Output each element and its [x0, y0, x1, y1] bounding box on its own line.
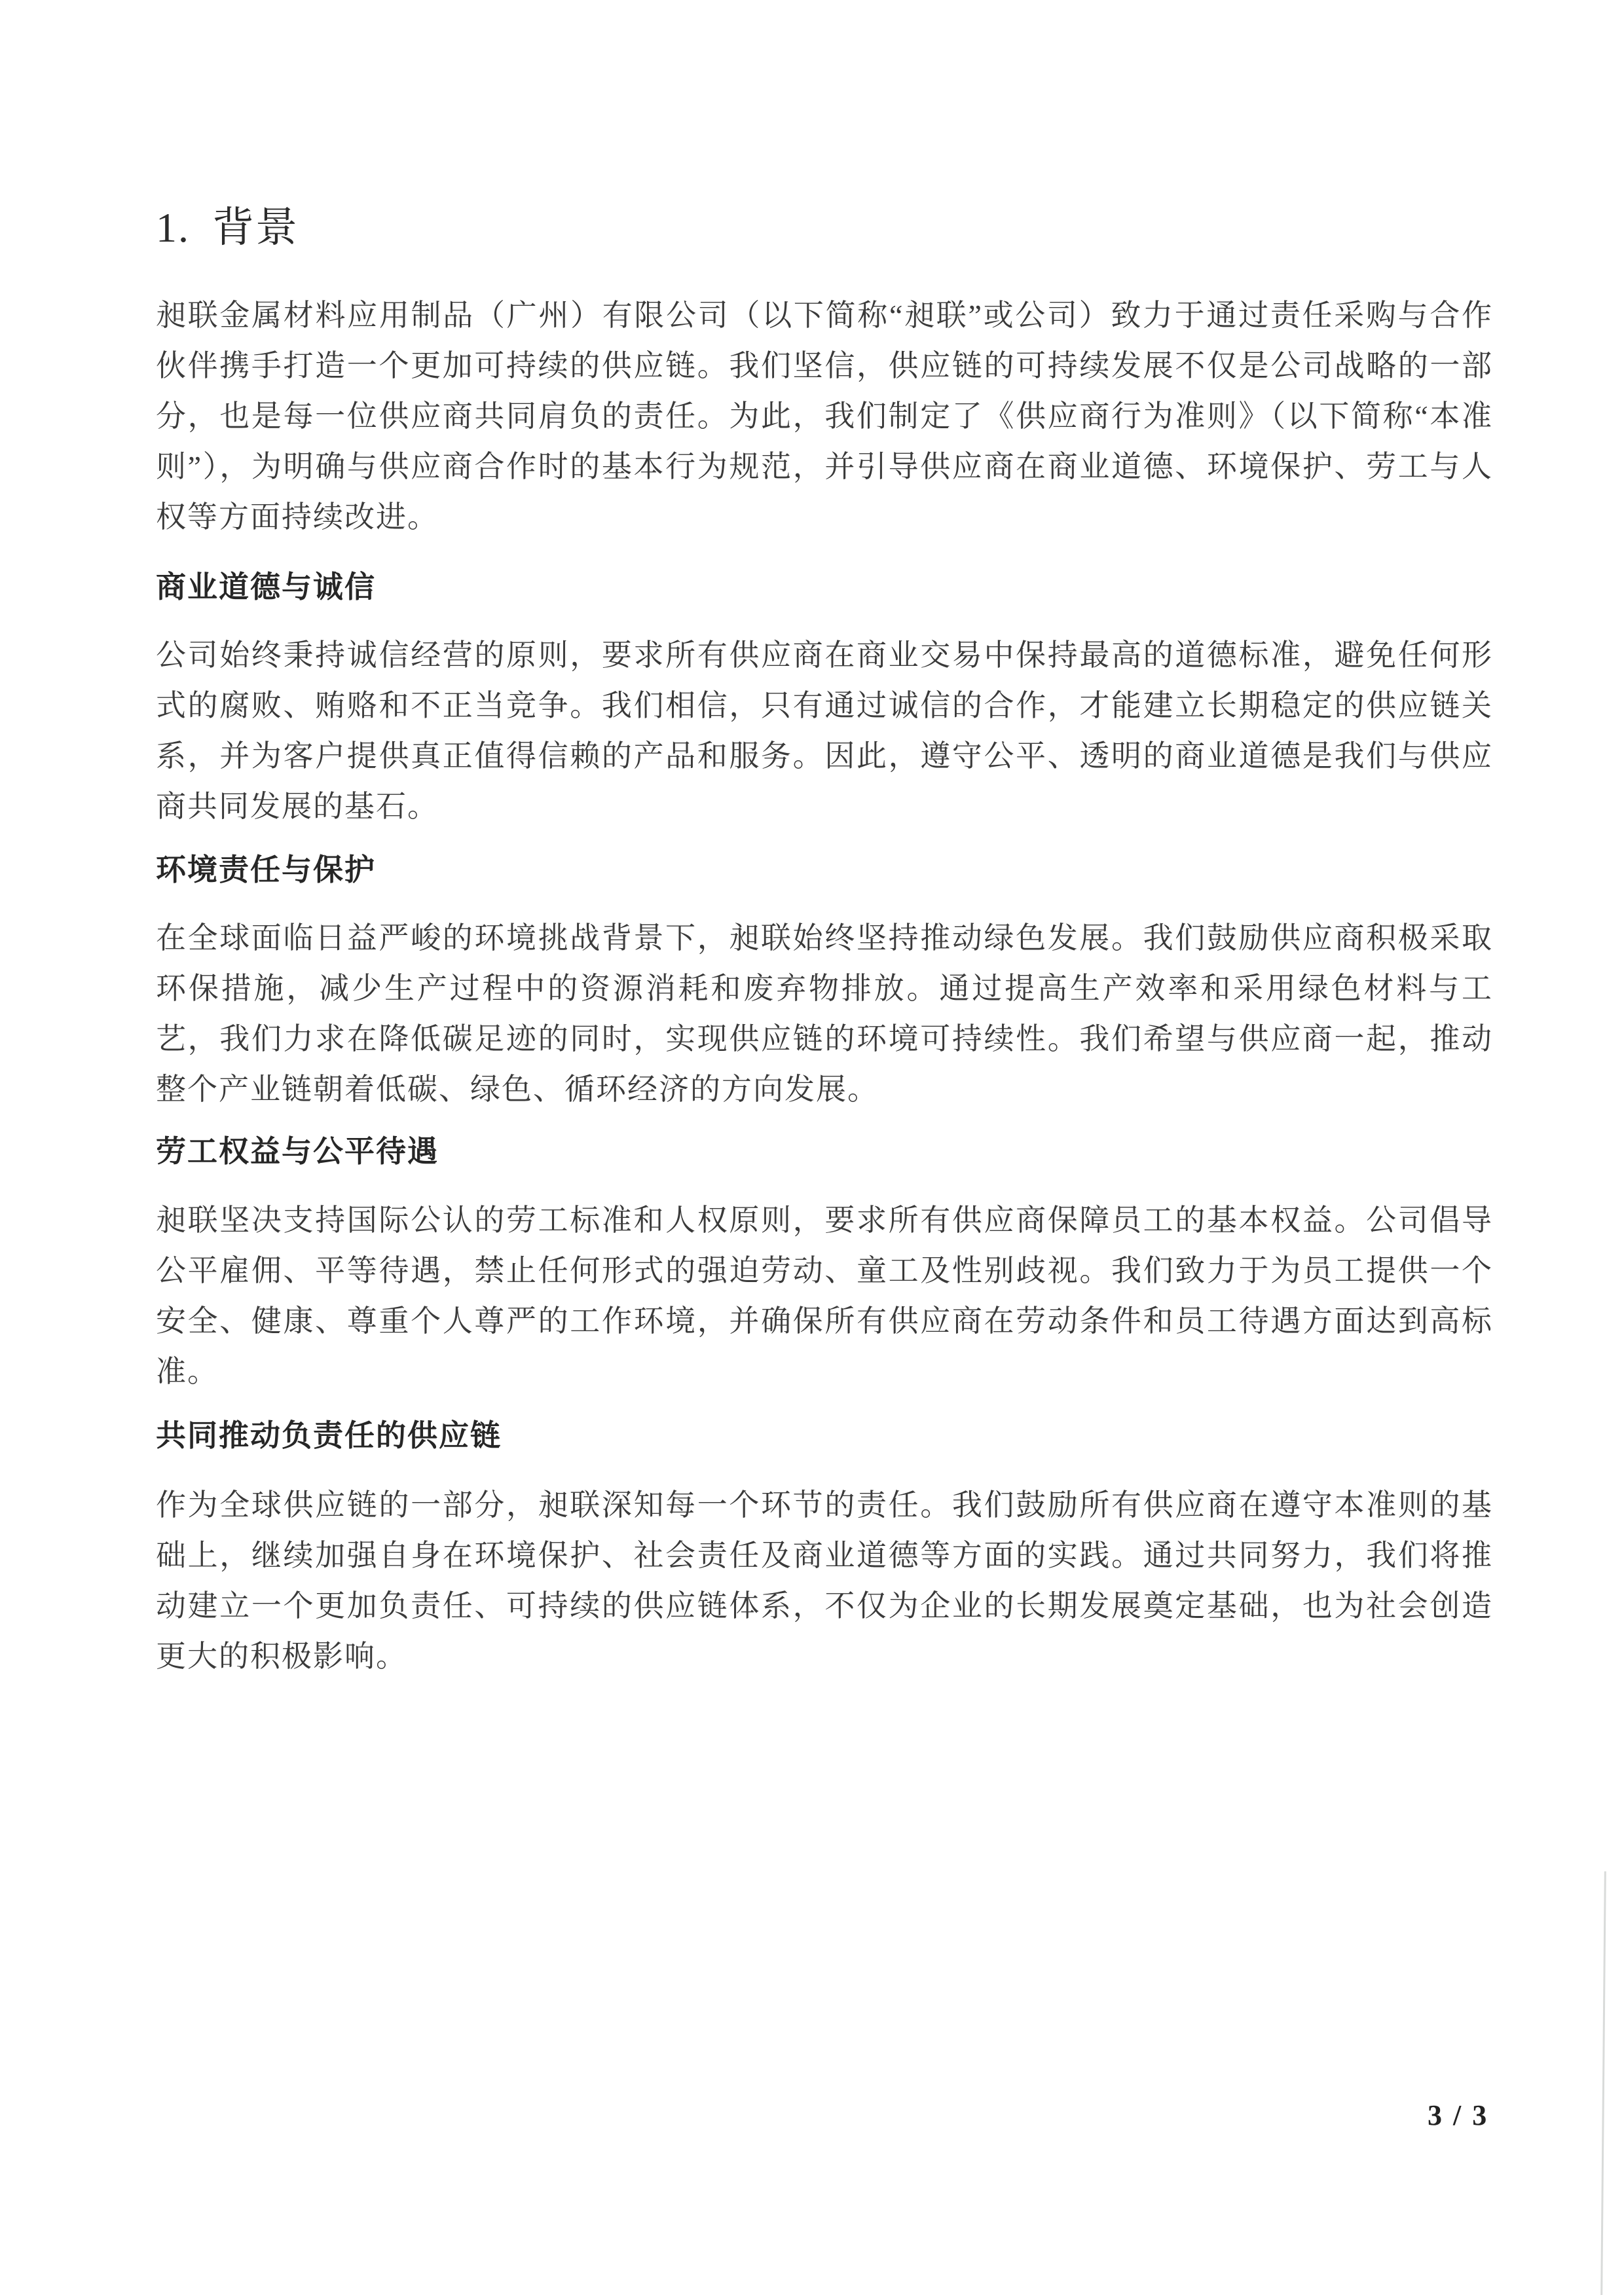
section-heading-environment: 环境责任与保护 [156, 846, 1493, 889]
section-heading-responsible-supply-chain: 共同推动负责任的供应链 [156, 1412, 1493, 1455]
section-body-business-ethics: 公司始终秉持诚信经营的原则，要求所有供应商在商业交易中保持最高的道德标准，避免任… [156, 630, 1493, 832]
section-body-responsible-supply-chain: 作为全球供应链的一部分，昶联深知每一个环节的责任。我们鼓励所有供应商在遵守本准则… [156, 1480, 1493, 1681]
section-title-text: 背景 [212, 204, 299, 251]
document-page: 1.背景 昶联金属材料应用制品（广州）有限公司（以下简称“昶联”或公司）致力于通… [0, 0, 1624, 2295]
page-title: 1.背景 [156, 194, 1493, 254]
scan-artifact-line [1600, 1871, 1606, 2295]
section-heading-labor-rights: 劳工权益与公平待遇 [156, 1128, 1493, 1171]
section-number: 1. [156, 204, 190, 252]
section-heading-business-ethics: 商业道德与诚信 [156, 563, 1493, 606]
section-body-environment: 在全球面临日益严峻的环境挑战背景下，昶联始终坚持推动绿色发展。我们鼓励供应商积极… [156, 913, 1493, 1114]
page-number: 3 / 3 [1428, 2099, 1488, 2132]
section-body-labor-rights: 昶联坚决支持国际公认的劳工标准和人权原则，要求所有供应商保障员工的基本权益。公司… [156, 1195, 1493, 1397]
intro-paragraph: 昶联金属材料应用制品（广州）有限公司（以下简称“昶联”或公司）致力于通过责任采购… [156, 290, 1493, 542]
